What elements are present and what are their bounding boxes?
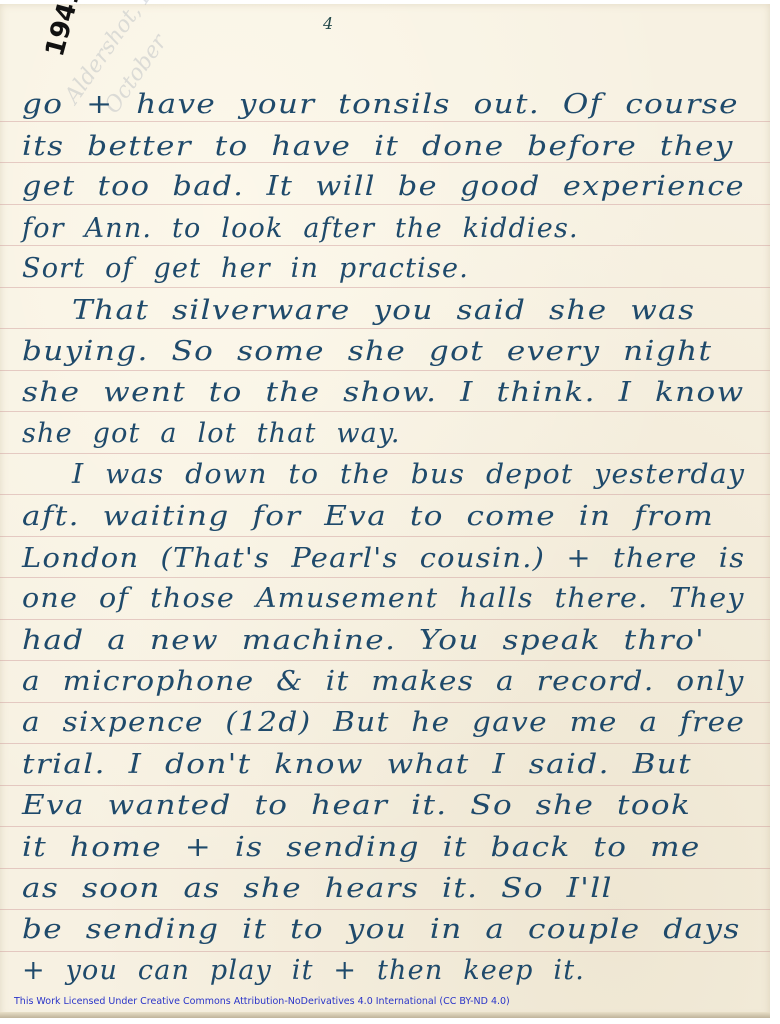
- ruled-line: [0, 204, 770, 205]
- letter-line: she went to the show. I think. I know: [22, 378, 745, 408]
- letter-line: it home + is sending it back to me: [22, 833, 701, 863]
- ruled-line: [0, 494, 770, 495]
- page-number: 4: [323, 14, 333, 33]
- ruled-line: [0, 909, 770, 910]
- letter-page: Aldershot, Eng. October 4 1941 go + have…: [0, 4, 770, 1018]
- ruled-line: [0, 951, 770, 952]
- letter-line: go + have your tonsils out. Of course: [22, 90, 739, 120]
- letter-line: buying. So some she got every night: [22, 337, 712, 367]
- letter-line: aft. waiting for Eva to come in from: [22, 502, 714, 532]
- letter-line: its better to have it done before they: [22, 132, 734, 162]
- ruled-line: [0, 619, 770, 620]
- ruled-line: [0, 577, 770, 578]
- ruled-line: [0, 660, 770, 661]
- ruled-line: [0, 328, 770, 329]
- margin-year-note: 1941: [40, 0, 88, 60]
- ruled-line: [0, 162, 770, 163]
- letter-line: Eva wanted to hear it. So she took: [22, 791, 691, 821]
- ruled-line: [0, 411, 770, 412]
- ruled-line: [0, 743, 770, 744]
- letter-line: had a new machine. You speak thro': [22, 626, 705, 656]
- letter-line: be sending it to you in a couple days: [22, 915, 741, 945]
- ruled-line: [0, 868, 770, 869]
- letter-line: That silverware you said she was: [72, 296, 695, 326]
- letter-line: London (That's Pearl's cousin.) + there …: [22, 544, 745, 574]
- ruled-line: [0, 785, 770, 786]
- ruled-line: [0, 453, 770, 454]
- ruled-line: [0, 245, 770, 246]
- letter-line: get too bad. It will be good experience: [22, 172, 745, 202]
- letter-line: she got a lot that way.: [22, 419, 401, 449]
- ruled-line: [0, 826, 770, 827]
- letter-line: a microphone & it makes a record. only: [22, 667, 745, 697]
- letter-line: as soon as she hears it. So I'll: [22, 874, 613, 904]
- letter-line: trial. I don't know what I said. But: [22, 750, 692, 780]
- ruled-line: [0, 287, 770, 288]
- ruled-line: [0, 370, 770, 371]
- letter-line: a sixpence (12d) But he gave me a free: [22, 708, 745, 738]
- letter-line: for Ann. to look after the kiddies.: [22, 214, 579, 244]
- letter-line: one of those Amusement halls there. They: [22, 584, 745, 614]
- letter-line: + you can play it + then keep it.: [22, 956, 585, 986]
- letter-line: I was down to the bus depot yesterday: [72, 460, 745, 490]
- ruled-line: [0, 702, 770, 703]
- ruled-line: [0, 536, 770, 537]
- ruled-line: [0, 121, 770, 122]
- license-notice: This Work Licensed Under Creative Common…: [14, 996, 510, 1007]
- letter-line: Sort of get her in practise.: [22, 254, 469, 284]
